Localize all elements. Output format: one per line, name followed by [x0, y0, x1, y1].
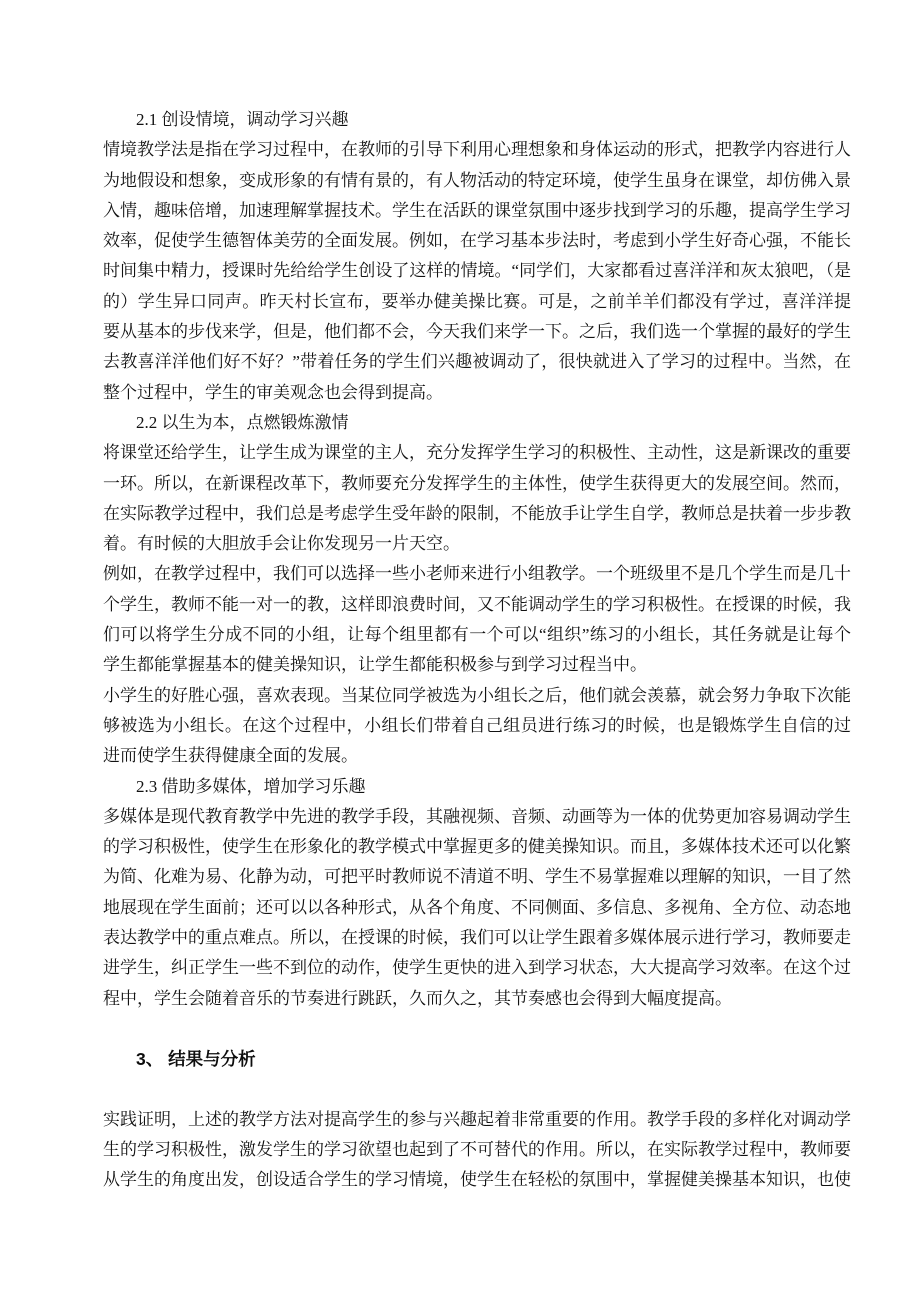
text-line: 情境教学法是指在学习过程中，在教师的引导下利用心理想象和身体运动的形式，把教学内… [103, 135, 851, 165]
text-line: 程中，学生会随着音乐的节奏进行跳跃，久而久之，其节奏感也会得到大幅度提高。 [103, 984, 851, 1014]
text-line: 的学习积极性，使学生在形象化的教学模式中掌握更多的健美操知识。而且，多媒体技术还… [103, 832, 851, 862]
text-line: 在实际教学过程中，我们总是考虑学生受年龄的限制，不能放手让学生自学，教师总是扶着… [103, 499, 851, 529]
text-line: 要从基本的步伐来学，但是，他们都不会，今天我们来学一下。之后，我们选一个掌握的最… [103, 317, 851, 347]
text-line: 学生都能掌握基本的健美操知识，让学生都能积极参与到学习过程当中。 [103, 650, 851, 680]
text-line: 多媒体是现代教育教学中先进的教学手段，其融视频、音频、动画等为一体的优势更加容易… [103, 802, 851, 832]
text-line: 进学生，纠正学生一些不到位的动作，使学生更快的进入到学习状态，大大提高学习效率。… [103, 953, 851, 983]
text-line: 时间集中精力，授课时先给给学生创设了这样的情境。“同学们，大家都看过喜洋洋和灰太… [103, 256, 851, 286]
text-line: 生的学习积极性，激发学生的学习欲望也起到了不可替代的作用。所以，在实际教学过程中… [103, 1135, 851, 1165]
text-line: 们可以将学生分成不同的小组，让每个组里都有一个可以“组织”练习的小组长，其任务就… [103, 620, 851, 650]
text-line: 小学生的好胜心强，喜欢表现。当某位同学被选为小组长之后，他们就会羡慕，就会努力争… [103, 681, 851, 711]
text-line: 去教喜洋洋他们好不好？”带着任务的学生们兴趣被调动了，很快就进入了学习的过程中。… [103, 347, 851, 377]
text-line: 表达教学中的重点难点。所以，在授课的时候，我们可以让学生跟着多媒体展示进行学习，… [103, 923, 851, 953]
text-line: 的）学生异口同声。昨天村长宣布，要举办健美操比赛。可是，之前羊羊们都没有学过，喜… [103, 287, 851, 317]
text-line: 个学生，教师不能一对一的教，这样即浪费时间，又不能调动学生的学习积极性。在授课的… [103, 590, 851, 620]
text-line: 入情，趣味倍增，加速理解掌握技术。学生在活跃的课堂氛围中逐步找到学习的乐趣，提高… [103, 196, 851, 226]
text-line: 将课堂还给学生，让学生成为课堂的主人，充分发挥学生学习的积极性、主动性，这是新课… [103, 438, 851, 468]
text-line: 例如，在教学过程中，我们可以选择一些小老师来进行小组教学。一个班级里不是几个学生… [103, 559, 851, 589]
text-line: 为地假设和想象，变成形象的有情有景的，有人物活动的特定环境，使学生虽身在课堂，却… [103, 166, 851, 196]
text-line: 一环。所以，在新课程改革下，教师要充分发挥学生的主体性，使学生获得更大的发展空间… [103, 469, 851, 499]
text-line: 实践证明，上述的教学方法对提高学生的参与兴趣起着非常重要的作用。教学手段的多样化… [103, 1105, 851, 1135]
section-subheading: 2.3 借助多媒体，增加学习乐趣 [103, 772, 851, 802]
section-subheading: 2.1 创设情境，调动学习兴趣 [103, 105, 851, 135]
section-heading: 3、 结果与分析 [103, 1044, 851, 1074]
blank-line [103, 1014, 851, 1044]
document-page: 2.1 创设情境，调动学习兴趣情境教学法是指在学习过程中，在教师的引导下利用心理… [0, 0, 920, 1302]
section-subheading: 2.2 以生为本，点燃锻炼激情 [103, 408, 851, 438]
text-line: 整个过程中，学生的审美观念也会得到提高。 [103, 378, 851, 408]
text-line: 进而使学生获得健康全面的发展。 [103, 741, 851, 771]
text-line: 着。有时候的大胆放手会让你发现另一片天空。 [103, 529, 851, 559]
text-line: 为简、化难为易、化静为动，可把平时教师说不清道不明、学生不易掌握难以理解的知识，… [103, 862, 851, 892]
text-line: 从学生的角度出发，创设适合学生的学习情境，使学生在轻松的氛围中，掌握健美操基本知… [103, 1165, 851, 1195]
text-line: 效率，促使学生德智体美劳的全面发展。例如，在学习基本步法时，考虑到小学生好奇心强… [103, 226, 851, 256]
text-line: 地展现在学生面前；还可以以各种形式，从各个角度、不同侧面、多信息、多视角、全方位… [103, 893, 851, 923]
text-line: 够被选为小组长。在这个过程中，小组长们带着自己组员进行练习的时候，也是锻炼学生自… [103, 711, 851, 741]
document-body: 2.1 创设情境，调动学习兴趣情境教学法是指在学习过程中，在教师的引导下利用心理… [103, 105, 851, 1196]
blank-line [103, 1075, 851, 1105]
